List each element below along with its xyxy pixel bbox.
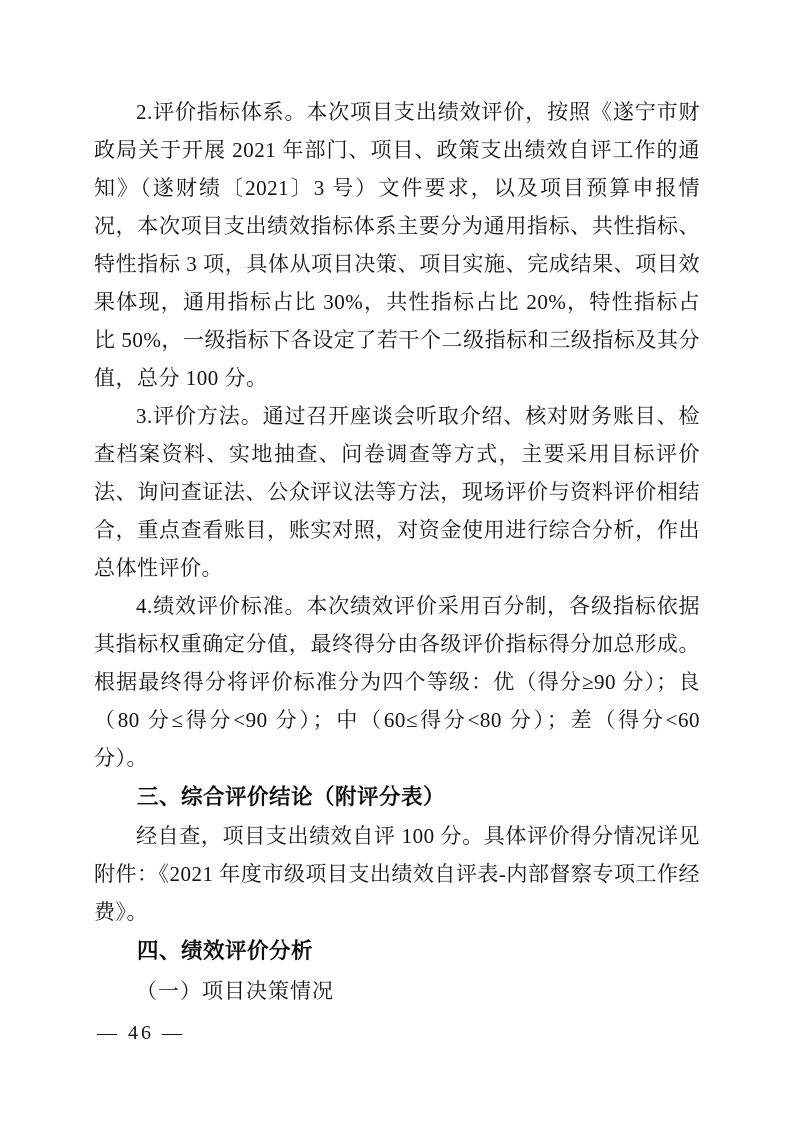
document-page: 2.评价指标体系。本次项目支出绩效评价，按照《遂宁市财政局关于开展 2021 年… — [0, 0, 793, 1122]
paragraph-self-evaluation-result: 经自查，项目支出绩效自评 100 分。具体评价得分情况详见附件：《2021 年度… — [94, 817, 700, 931]
subheading-project-decision-situation: （一）项目决策情况 — [94, 971, 700, 1011]
page-number: — 46 — — [97, 1022, 185, 1045]
paragraph-evaluation-standard: 4.绩效评价标准。本次绩效评价采用百分制，各级指标依据其指标权重确定分值，最终得… — [94, 587, 700, 777]
paragraph-evaluation-indicator-system: 2.评价指标体系。本次项目支出绩效评价，按照《遂宁市财政局关于开展 2021 年… — [94, 93, 700, 397]
heading-comprehensive-evaluation-conclusion: 三、综合评价结论（附评分表） — [94, 777, 700, 817]
heading-performance-evaluation-analysis: 四、绩效评价分析 — [94, 931, 700, 971]
paragraph-evaluation-method: 3.评价方法。通过召开座谈会听取介绍、核对财务账目、检查档案资料、实地抽查、问卷… — [94, 397, 700, 587]
document-body: 2.评价指标体系。本次项目支出绩效评价，按照《遂宁市财政局关于开展 2021 年… — [94, 93, 700, 1011]
